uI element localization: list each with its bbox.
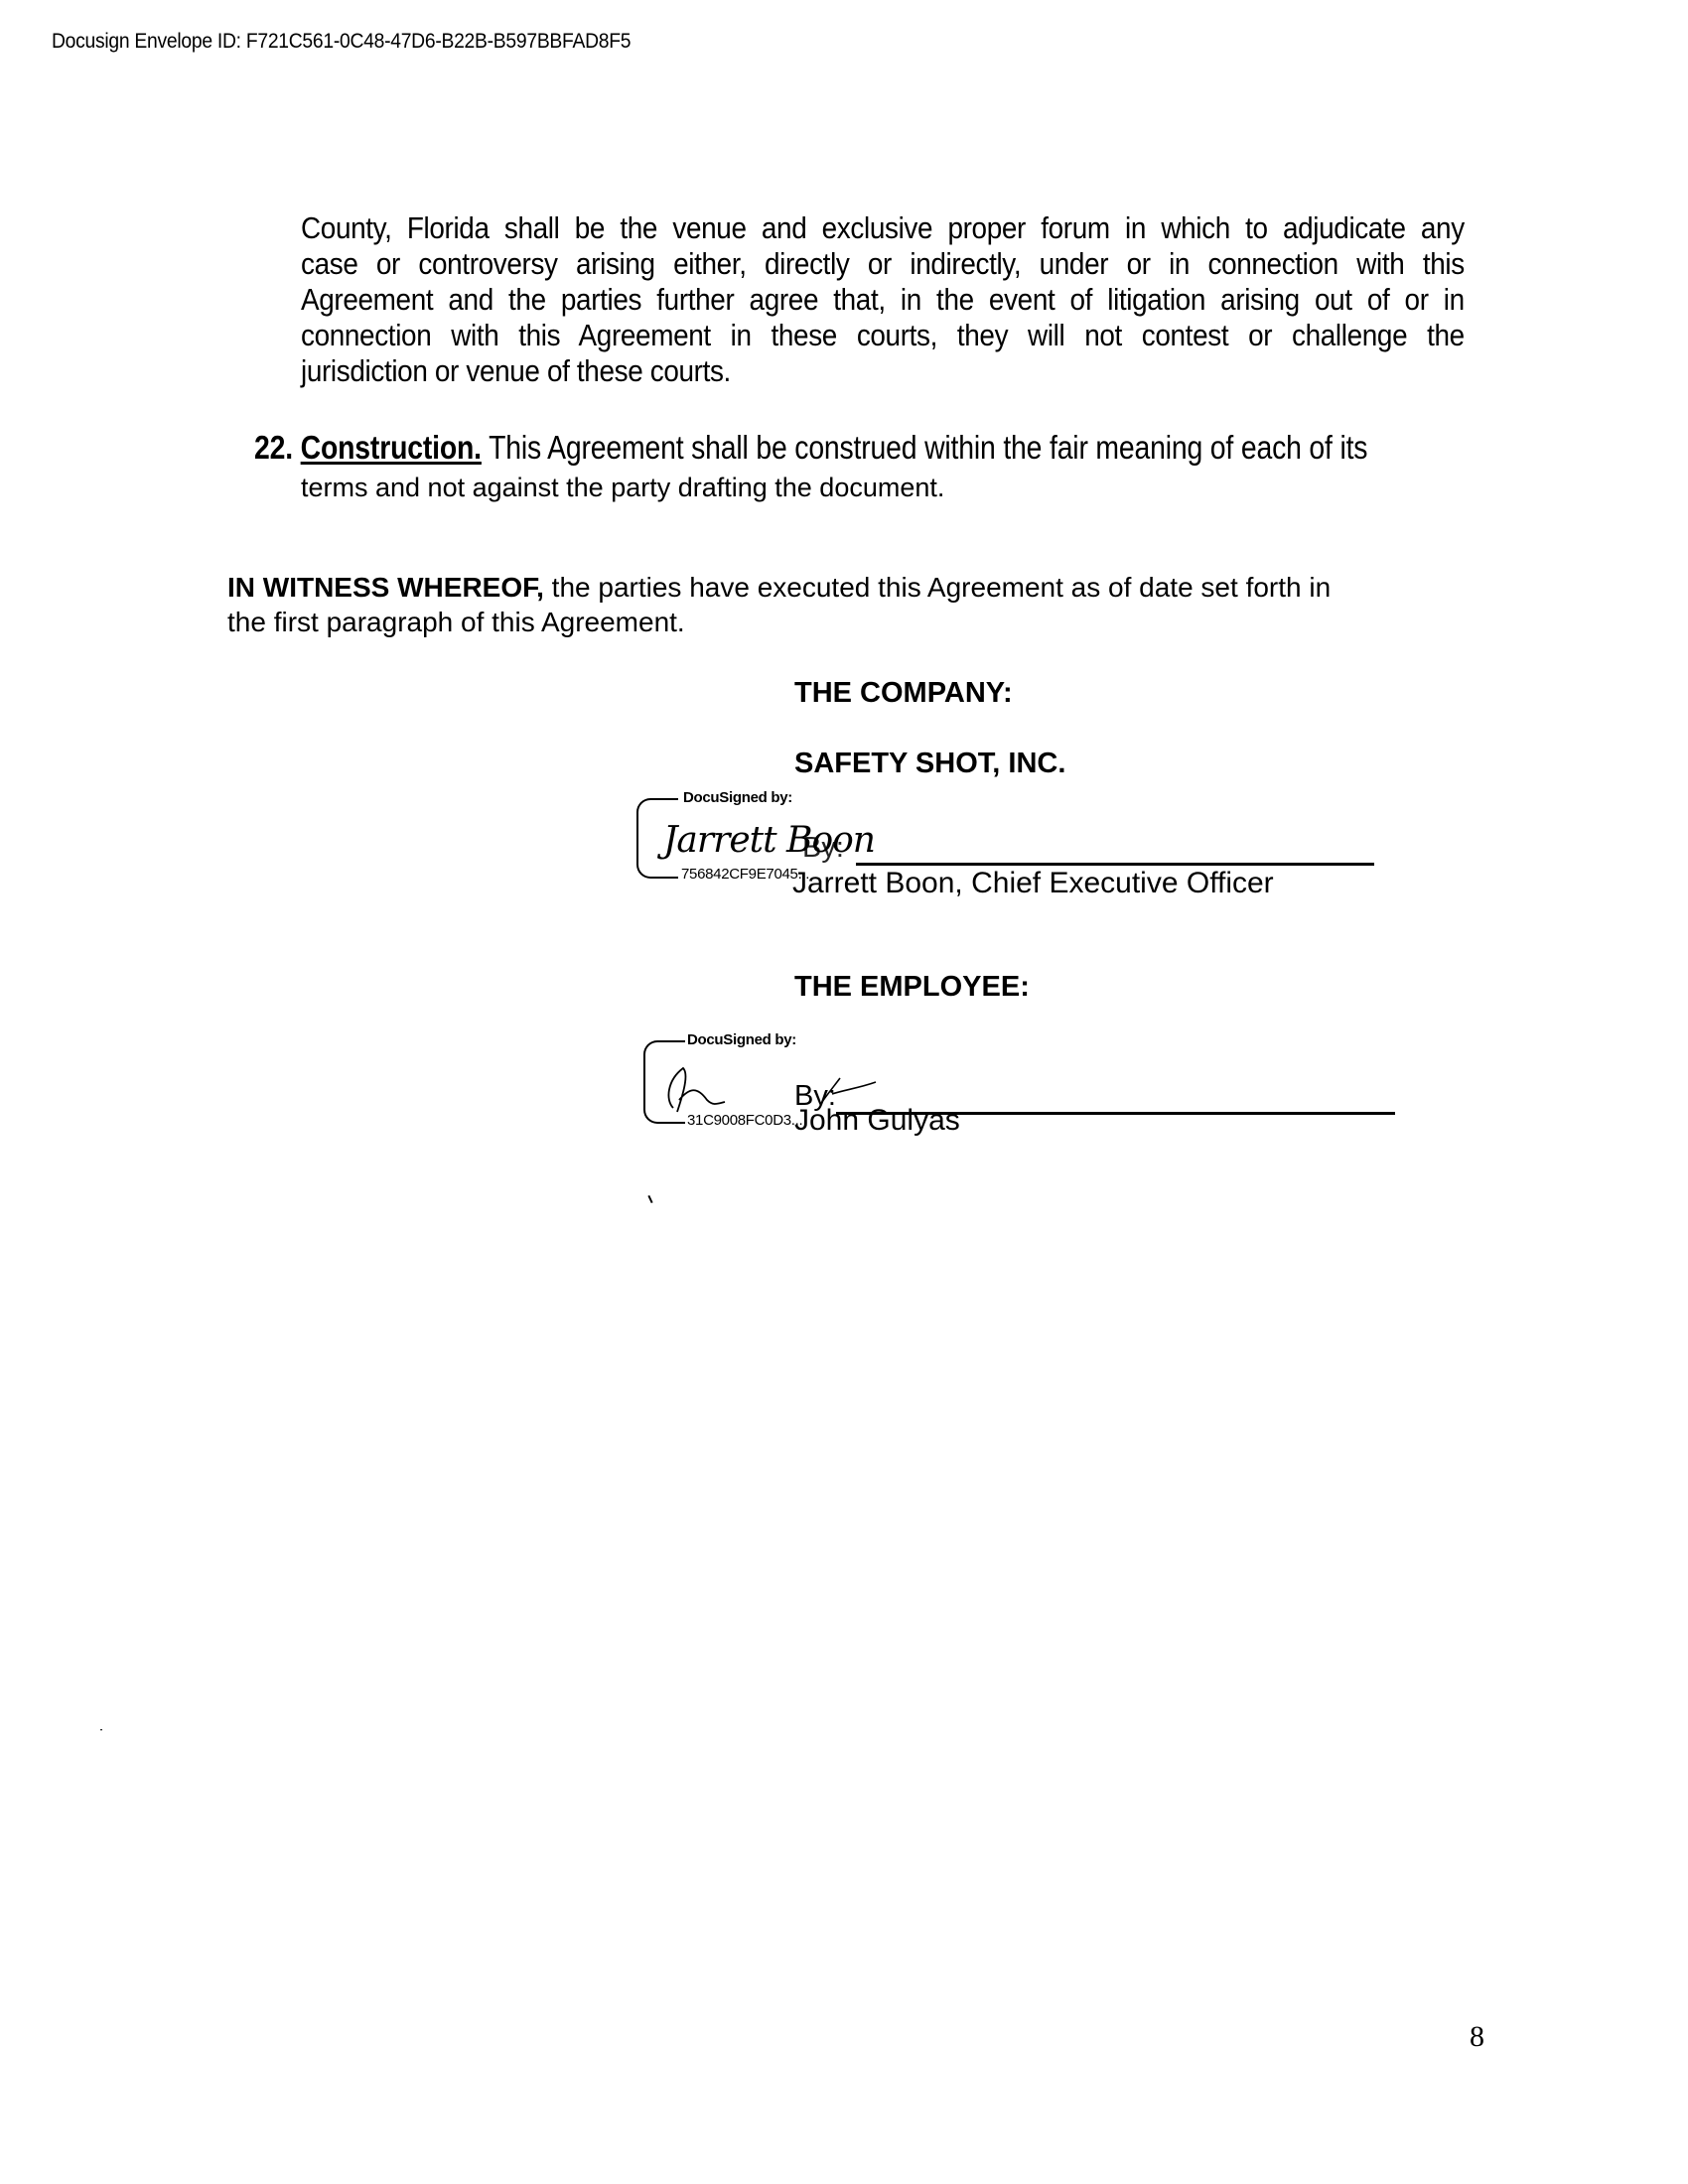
page-number: 8 — [1470, 2020, 1484, 2054]
paragraph-line: County, Florida shall be the venue and e… — [301, 210, 1465, 246]
paragraph-line: jurisdiction or venue of these courts. — [301, 353, 1465, 389]
docusigned-by-label: DocuSigned by: — [681, 789, 792, 806]
section-text: This Agreement shall be construed within… — [482, 429, 1367, 466]
section-22: 22. Construction. This Agreement shall b… — [254, 429, 1367, 467]
document-page: Docusign Envelope ID: F721C561-0C48-47D6… — [0, 0, 1688, 2184]
scan-speck — [100, 1729, 102, 1730]
docusign-id: 31C9008FC0D3... — [685, 1112, 802, 1129]
company-label: THE COMPANY: — [794, 677, 1013, 710]
company-signer-name: Jarrett Boon, Chief Executive Officer — [792, 867, 1274, 900]
witness-text: the parties have executed this Agreement… — [544, 572, 1331, 603]
witness-bold: IN WITNESS WHEREOF, — [227, 572, 544, 603]
paragraph-line: Agreement and the parties further agree … — [301, 282, 1465, 318]
docusign-envelope-id: Docusign Envelope ID: F721C561-0C48-47D6… — [52, 30, 631, 54]
section-number: 22. — [254, 429, 293, 466]
employee-signer-name: John Gulyas — [794, 1104, 960, 1138]
docusigned-by-label: DocuSigned by: — [685, 1031, 796, 1048]
company-by-label: By: — [802, 832, 844, 865]
witness-clause-line-2: the first paragraph of this Agreement. — [227, 607, 685, 638]
company-entity: SAFETY SHOT, INC. — [794, 748, 1065, 780]
docusign-id: 756842CF9E7045... — [679, 866, 809, 883]
scan-speck — [647, 1195, 652, 1203]
company-signature-line — [856, 863, 1374, 866]
paragraph-line: case or controversy arising either, dire… — [301, 246, 1465, 282]
paragraph-line: connection with this Agreement in these … — [301, 318, 1465, 353]
section-22-line-2: terms and not against the party drafting… — [301, 473, 944, 503]
employee-label: THE EMPLOYEE: — [794, 971, 1030, 1004]
section-heading: Construction. — [301, 429, 482, 466]
witness-clause: IN WITNESS WHEREOF, the parties have exe… — [227, 572, 1331, 604]
